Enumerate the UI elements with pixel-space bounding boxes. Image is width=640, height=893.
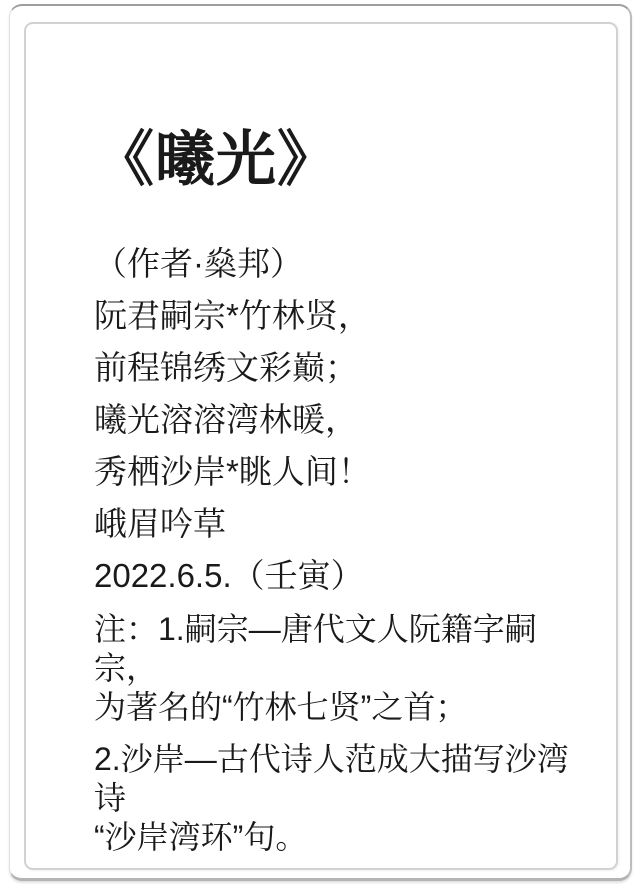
poem-line-4: 秀栖沙岸*眺人间！ [94, 447, 588, 497]
photographed-card: 《曦光》 （作者·燊邦） 阮君嗣宗*竹林贤， 前程锦绣文彩巅； 曦光溶溶湾林暖，… [9, 4, 632, 881]
poem-line-2: 前程锦绣文彩巅； [94, 343, 588, 393]
footnote-2: 2.沙岸—古代诗人范成大描写沙湾诗 “沙岸湾环”句。 [94, 740, 588, 857]
author-line: （作者·燊邦） [94, 239, 588, 289]
footnote-2-line-2: “沙岸湾环”句。 [94, 818, 588, 857]
footnote-2-line-1: 2.沙岸—古代诗人范成大描写沙湾诗 [94, 740, 588, 818]
poem-line-1: 阮君嗣宗*竹林贤， [94, 291, 588, 341]
colophon-collection-name: 峨眉吟草 [94, 499, 588, 549]
poem-title: 《曦光》 [94, 124, 588, 196]
footnote-1-line-2: 为著名的“竹林七贤”之首； [94, 688, 588, 727]
poem-content: 《曦光》 （作者·燊邦） 阮君嗣宗*竹林贤， 前程锦绣文彩巅； 曦光溶溶湾林暖，… [26, 124, 616, 857]
footnote-1: 注：1.嗣宗—唐代文人阮籍字嗣宗， 为著名的“竹林七贤”之首； [94, 610, 588, 727]
poem-line-3: 曦光溶溶湾林暖， [94, 395, 588, 445]
poem-page-frame: 《曦光》 （作者·燊邦） 阮君嗣宗*竹林贤， 前程锦绣文彩巅； 曦光溶溶湾林暖，… [24, 22, 618, 870]
footnote-1-line-1: 注：1.嗣宗—唐代文人阮籍字嗣宗， [94, 610, 588, 688]
colophon-date: 2022.6.5.（壬寅） [94, 551, 588, 601]
